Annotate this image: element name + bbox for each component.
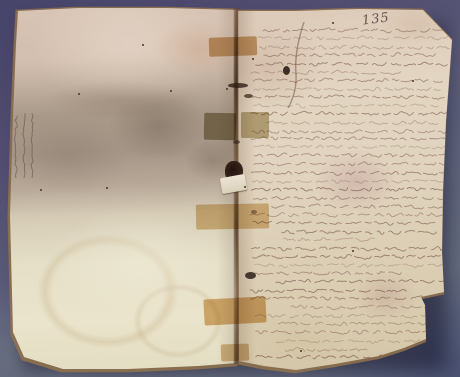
fold-crack: [244, 94, 253, 98]
docket-inscription: [6, 108, 44, 184]
manuscript: 135: [0, 0, 460, 377]
ink-speck: [412, 80, 414, 82]
tape-strip: [221, 344, 250, 362]
ink-speck: [226, 88, 228, 90]
ink-speck: [106, 187, 108, 189]
ink-speck: [78, 93, 80, 95]
fold-crack: [233, 140, 240, 144]
fold-crack: [283, 66, 290, 75]
fold-crack: [251, 210, 257, 214]
right-page: 135: [236, 6, 454, 374]
handwriting-lines: [236, 6, 454, 374]
fold-crack: [245, 272, 256, 279]
ink-speck: [244, 186, 246, 188]
tape-strip: [204, 113, 236, 141]
ink-speck: [300, 350, 302, 352]
ink-speck: [252, 58, 254, 60]
ink-speck: [40, 189, 42, 191]
tape-strip: [241, 112, 269, 138]
fold-crack: [228, 83, 248, 88]
ink-speck: [332, 22, 334, 24]
tape-strip: [196, 203, 269, 229]
tape-strip: [209, 36, 258, 57]
ink-speck: [142, 44, 144, 46]
tape-strip: [203, 296, 266, 325]
ink-speck: [352, 250, 354, 252]
photo-of-manuscript: 135: [0, 0, 460, 377]
ink-speck: [170, 90, 172, 92]
